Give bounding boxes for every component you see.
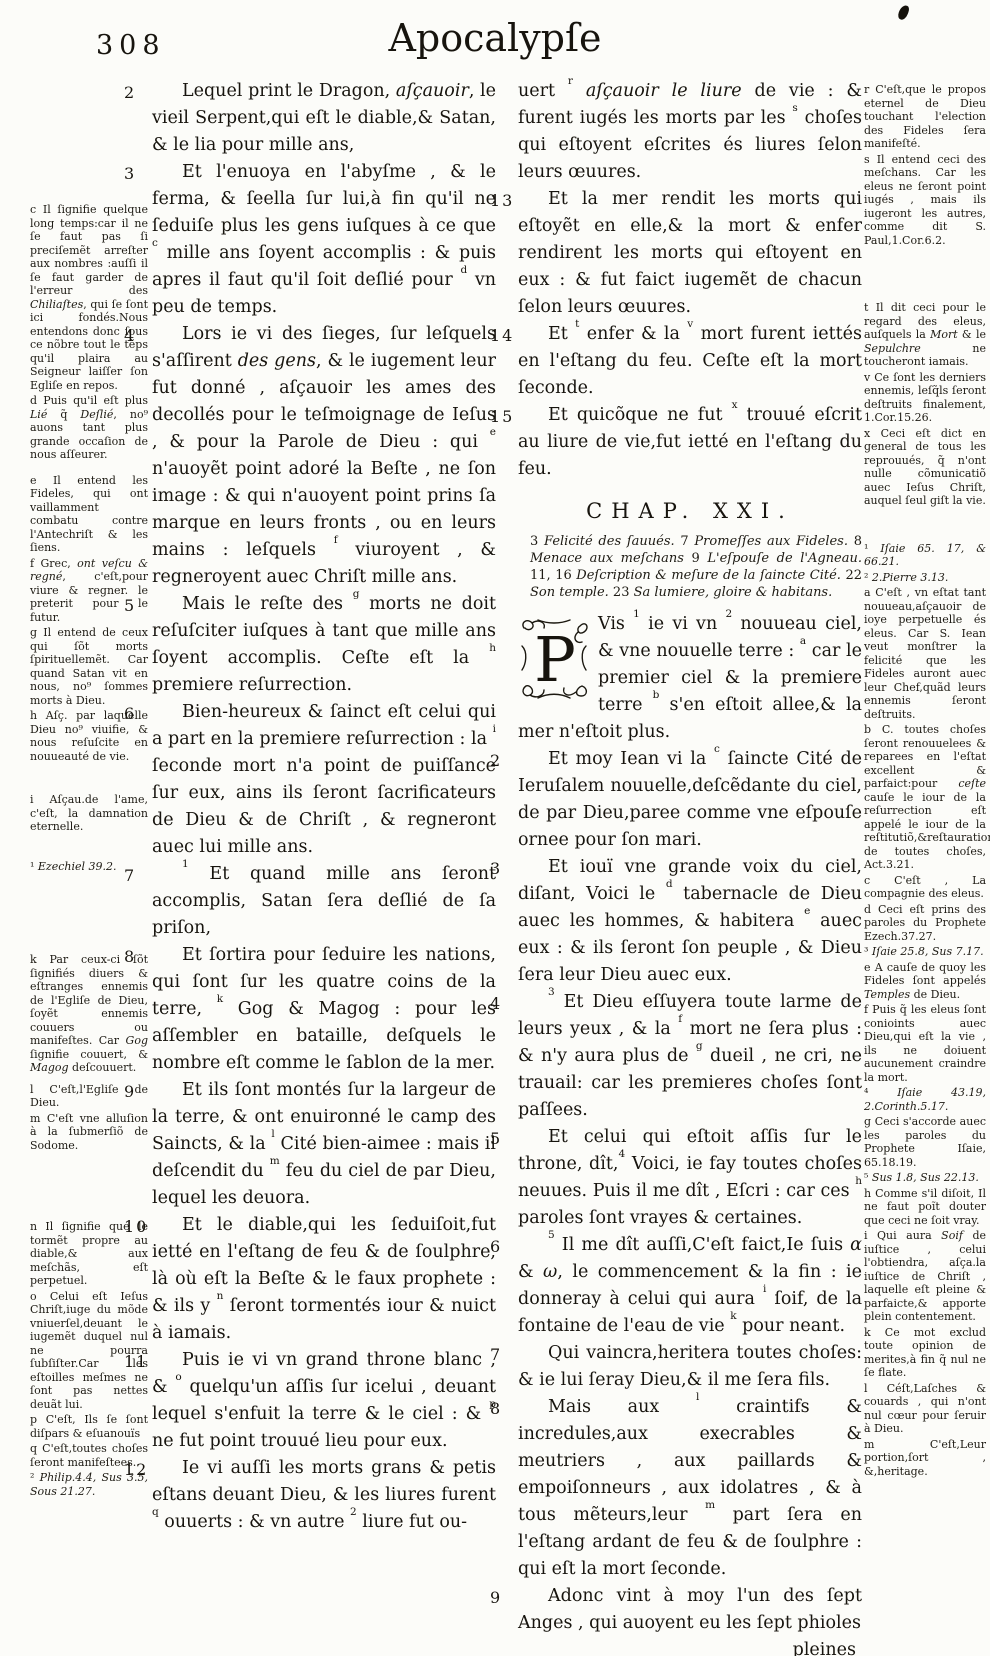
verse-text: Lequel print le Dragon, aſçauoir, le vie…: [152, 81, 496, 155]
margin-note-text: ⁴ Iſaie 43.19, 2.Corinth.5.17.: [864, 1086, 986, 1113]
verse-number: 5: [124, 592, 150, 619]
verse: 15Et quicõque ne fut x trouué eſcrit au …: [518, 402, 862, 483]
margin-note-text: v Ce ſont les derniers ennemis, leſq̃ls …: [864, 371, 986, 425]
margin-note: e Il entend les Fideles, qui ont vaillam…: [30, 474, 148, 555]
margin-note: c Il ſignifie quelque long temps:car il …: [30, 203, 148, 392]
verse-number: 4: [490, 990, 516, 1017]
verse-text: Et moy Iean vi la c ſaincte Cité de Ieru…: [518, 749, 862, 850]
chapter21-verses: 2Et moy Iean vi la c ſaincte Cité de Ier…: [518, 746, 862, 1637]
margin-note-text: c Il ſignifie quelque long temps:car il …: [30, 203, 148, 392]
verse-number: 8: [490, 1395, 516, 1422]
verse-text: Et t enfer & la v mort furent iettés en …: [518, 324, 862, 398]
margin-note: d Ceci eſt prins des paroles du Prophete…: [864, 903, 986, 944]
verse: 8Et ſortira pour ſeduire les nations, qu…: [152, 942, 496, 1077]
verse-number: 14: [490, 322, 516, 349]
verse: 8Mais aux l craintifs & incredules,aux e…: [518, 1394, 862, 1583]
verse-number: 8: [124, 943, 150, 970]
verse-text: Et le diable,qui les ſeduiſoit,fut ietté…: [152, 1215, 496, 1343]
margin-note-text: h Comme s'il diſoit, Il ne faut poĩt dou…: [864, 1187, 986, 1227]
verse-text: Et ſortira pour ſeduire les nations, qui…: [152, 945, 496, 1073]
verse: 3Et iouï vne grande voix du ciel, diſant…: [518, 854, 862, 989]
margin-note: ³ Iſaie 25.8, Sus 7.17.: [864, 945, 986, 959]
margin-note: i Qui aura Soif de iuſtice , celui l'obt…: [864, 1229, 986, 1324]
verse: uert r aſçauoir le liure de vie : & fure…: [518, 78, 862, 186]
margin-note-text: ² 2.Pierre 3.13.: [864, 571, 948, 584]
margin-note: m C'eſt,Leur portion,ſort , &,heritage.: [864, 1438, 986, 1479]
margin-note-text: ¹ Ezechiel 39.2.: [30, 860, 117, 873]
margin-note: p C'eſt, Ils ſe ſont diſpars & eſuanouïs: [30, 1413, 148, 1440]
margin-note-text: i Aſçau.de l'ame, c'eſt, la damnation et…: [30, 793, 148, 833]
verse-text: Mais le reſte des g morts ne doit reſuſc…: [152, 594, 496, 695]
verse-number: 9: [124, 1078, 150, 1105]
margin-note: c C'eſt , La compagnie des eleus.: [864, 874, 986, 901]
verse: 7Qui vaincra,heritera toutes choſes: & i…: [518, 1340, 862, 1394]
verse: 65 Il me dît auſſi,C'eſt faict,Ie ſuis α…: [518, 1232, 862, 1340]
verse-text: uert r aſçauoir le liure de vie : & fure…: [518, 81, 862, 182]
margin-note: i Aſçau.de l'ame, c'eſt, la damnation et…: [30, 793, 148, 834]
verse-number: 12: [124, 1456, 150, 1483]
margin-note-text: m C'eſt vne alluſion à la ſubmerſiõ de S…: [30, 1112, 148, 1152]
verse-text: Et iouï vne grande voix du ciel, diſant,…: [518, 857, 862, 985]
margin-note: a C'eſt , vn eſtat tant nouueau,aſçauoir…: [864, 586, 986, 721]
margin-note: g Ceci s'accorde auec les paroles du Pro…: [864, 1115, 986, 1169]
verse-text: 3 Et Dieu eſſuyera toute larme de leurs …: [518, 992, 862, 1120]
verse-number: 2: [124, 79, 150, 106]
verse: 3Et l'enuoya en l'abyſme , & le ferma, &…: [152, 159, 496, 321]
verse-text: Lors ie vi des ſieges, ſur leſquels s'aſ…: [152, 324, 496, 587]
verse-text: Et ils ſont montés ſur la largeur de la …: [152, 1080, 496, 1208]
page-title: Apocalypſe: [0, 16, 990, 60]
margin-note-text: f Puis q̃ les eleus ſont conioints auec …: [864, 1003, 986, 1084]
margin-note-text: d Ceci eſt prins des paroles du Prophete…: [864, 903, 986, 943]
margin-note: r C'eſt,que le propos eternel de Dieu to…: [864, 83, 986, 151]
margin-note-text: c C'eſt , La compagnie des eleus.: [864, 874, 986, 901]
verse-text: Ie vi auſſi les morts grans & petis eſta…: [152, 1458, 496, 1532]
verse: 5Et celui qui eſtoit aſſis ſur le throne…: [518, 1124, 862, 1232]
verse-number: 9: [490, 1584, 516, 1611]
verse-number: 4: [124, 322, 150, 349]
margin-note: ⁴ Iſaie 43.19, 2.Corinth.5.17.: [864, 1086, 986, 1113]
margin-note: ⁵ Sus 1.8, Sus 22.13.: [864, 1171, 986, 1185]
margin-note: v Ce ſont les derniers ennemis, leſq̃ls …: [864, 371, 986, 425]
margin-note-text: ⁵ Sus 1.8, Sus 22.13.: [864, 1171, 979, 1184]
verse-number: 7: [490, 1341, 516, 1368]
chapter20-ending: uert r aſçauoir le liure de vie : & fure…: [518, 78, 862, 483]
margin-note-text: r C'eſt,que le propos eternel de Dieu to…: [864, 83, 986, 150]
margin-note: e A cauſe de quoy les Fideles ſont appel…: [864, 961, 986, 1002]
margin-note: m C'eſt vne alluſion à la ſubmerſiõ de S…: [30, 1112, 148, 1153]
verse: 11Puis ie vi vn grand throne blanc , & o…: [152, 1347, 496, 1455]
right-margin-notes: r C'eſt,que le propos eternel de Dieu to…: [864, 75, 986, 1480]
verse-text: Qui vaincra,heritera toutes choſes: & ie…: [518, 1343, 862, 1390]
left-margin-notes: c Il ſignifie quelque long temps:car il …: [30, 75, 148, 1500]
verse-number: 10: [124, 1213, 150, 1240]
verse-number: 6: [124, 700, 150, 727]
margin-note-text: b C. toutes choſes ſeront renouuelees & …: [864, 723, 990, 871]
margin-note-text: k Par ceux-ci ſõt ſignifiés diuers & eſt…: [30, 953, 148, 1074]
margin-note-text: p C'eſt, Ils ſe ſont diſpars & eſuanouïs: [30, 1413, 148, 1440]
catchword: pleines: [518, 1637, 862, 1656]
verse: 12Ie vi auſſi les morts grans & petis eſ…: [152, 1455, 496, 1536]
margin-note-text: k Ce mot exclud toute opinion de merites…: [864, 1326, 986, 1380]
margin-note-text: g Ceci s'accorde auec les paroles du Pro…: [864, 1115, 986, 1169]
verse-number: 11: [124, 1348, 150, 1375]
margin-note: d Puis qu'il eſt plus Lié q̃ Deſlié, no⁹…: [30, 394, 148, 462]
verse: 14Et t enfer & la v mort furent iettés e…: [518, 321, 862, 402]
margin-note-text: m C'eſt,Leur portion,ſort , &,heritage.: [864, 1438, 986, 1478]
verse-text: Bien-heureux & ſainct eſt celui qui a pa…: [152, 702, 496, 857]
verse-number: 15: [490, 403, 516, 430]
margin-note: ¹ Iſaie 65. 17, & 66.21.: [864, 542, 986, 569]
verse-number: 2: [490, 747, 516, 774]
margin-note-text: e A cauſe de quoy les Fideles ſont appel…: [864, 961, 986, 1001]
margin-note-text: e Il entend les Fideles, qui ont vaillam…: [30, 474, 148, 555]
margin-note-text: ³ Iſaie 25.8, Sus 7.17.: [864, 945, 984, 958]
left-text-column: 2Lequel print le Dragon, aſçauoir, le vi…: [152, 78, 496, 1536]
scanned-bible-page: 308 Apocalypſe c Il ſignifie quelque lon…: [0, 0, 990, 1656]
margin-note: x Ceci eſt dict en general de tous les r…: [864, 427, 986, 508]
margin-note: h Comme s'il diſoit, Il ne faut poĩt dou…: [864, 1187, 986, 1228]
margin-note-text: d Puis qu'il eſt plus Lié q̃ Deſlié, no⁹…: [30, 394, 148, 461]
chapter-heading: CHAP. XXI.: [518, 499, 862, 523]
margin-note: b C. toutes choſes ſeront renouuelees & …: [864, 723, 986, 872]
margin-note: k Par ceux-ci ſõt ſignifiés diuers & eſt…: [30, 953, 148, 1075]
margin-note: g Il entend de ceux qui ſõt morts ſpirit…: [30, 626, 148, 707]
verse-text: 1 Et quand mille ans ſeront accomplis, S…: [152, 864, 496, 938]
verse: 6Bien-heureux & ſainct eſt celui qui a p…: [152, 699, 496, 861]
verse-number: 3: [490, 855, 516, 882]
verse-text: Puis ie vi vn grand throne blanc , & o q…: [152, 1350, 496, 1451]
verse-number: 3: [124, 160, 150, 187]
margin-note-text: a C'eſt , vn eſtat tant nouueau,aſçauoir…: [864, 586, 986, 721]
drop-cap-ornament: P: [518, 616, 590, 700]
margin-note: s Il entend ceci des meſchans. Car les e…: [864, 153, 986, 248]
margin-note-text: g Il entend de ceux qui ſõt morts ſpirit…: [30, 626, 148, 707]
verse-text: Adonc vint à moy l'un des ſept Anges , q…: [518, 1586, 862, 1633]
right-text-column: uert r aſçauoir le liure de vie : & fure…: [518, 78, 862, 1656]
verse: 43 Et Dieu eſſuyera toute larme de leurs…: [518, 989, 862, 1124]
chapter-summary: 3 Felicité des ſauués. 7 Promeſſes aux F…: [518, 533, 862, 601]
drop-cap-letter: P: [534, 623, 576, 696]
margin-note: ² 2.Pierre 3.13.: [864, 571, 986, 585]
verse: 9Et ils ſont montés ſur la largeur de la…: [152, 1077, 496, 1212]
verse-1-chapter21: P Vis 1 ie vi vn 2 nouueau ciel, & vne n…: [518, 611, 862, 746]
verse-number: 7: [124, 862, 150, 889]
verse-text: Et celui qui eſtoit aſſis ſur le throne,…: [518, 1127, 862, 1228]
verse-number: 6: [490, 1233, 516, 1260]
margin-note: f Puis q̃ les eleus ſont conioints auec …: [864, 1003, 986, 1084]
margin-note-text: t Il dit ceci pour le regard des eleus, …: [864, 301, 986, 368]
verse: 13Et la mer rendit les morts qui eſtoyẽt…: [518, 186, 862, 321]
margin-note-text: ¹ Iſaie 65. 17, & 66.21.: [864, 542, 986, 569]
verse-number: 5: [490, 1125, 516, 1152]
verse: 10Et le diable,qui les ſeduiſoit,fut iet…: [152, 1212, 496, 1347]
verse: 5Mais le reſte des g morts ne doit reſuſ…: [152, 591, 496, 699]
verse-text: 5 Il me dît auſſi,C'eſt faict,Ie ſuis α …: [518, 1235, 862, 1336]
margin-note: k Ce mot exclud toute opinion de merites…: [864, 1326, 986, 1380]
verse: 71 Et quand mille ans ſeront accomplis, …: [152, 861, 496, 942]
verse: 9Adonc vint à moy l'un des ſept Anges , …: [518, 1583, 862, 1637]
margin-note: l Céſt,Laſches & couards , qui n'ont nul…: [864, 1382, 986, 1436]
margin-note-text: i Qui aura Soif de iuſtice , celui l'obt…: [864, 1229, 986, 1323]
margin-note: t Il dit ceci pour le regard des eleus, …: [864, 301, 986, 369]
verse: 2Et moy Iean vi la c ſaincte Cité de Ier…: [518, 746, 862, 854]
verse-text: Et quicõque ne fut x trouué eſcrit au li…: [518, 405, 862, 479]
verse-text: Mais aux l craintifs & incredules,aux ex…: [518, 1397, 862, 1579]
margin-note-text: x Ceci eſt dict en general de tous les r…: [864, 427, 986, 508]
verse: 4Lors ie vi des ſieges, ſur leſquels s'a…: [152, 321, 496, 591]
verse-text: Et la mer rendit les morts qui eſtoyẽt e…: [518, 189, 862, 317]
margin-note-text: l Céſt,Laſches & couards , qui n'ont nul…: [864, 1382, 986, 1436]
verse-text: Et l'enuoya en l'abyſme , & le ferma, & …: [152, 162, 496, 317]
verse-number: 13: [490, 187, 516, 214]
verse: 2Lequel print le Dragon, aſçauoir, le vi…: [152, 78, 496, 159]
margin-note-text: s Il entend ceci des meſchans. Car les e…: [864, 153, 986, 247]
